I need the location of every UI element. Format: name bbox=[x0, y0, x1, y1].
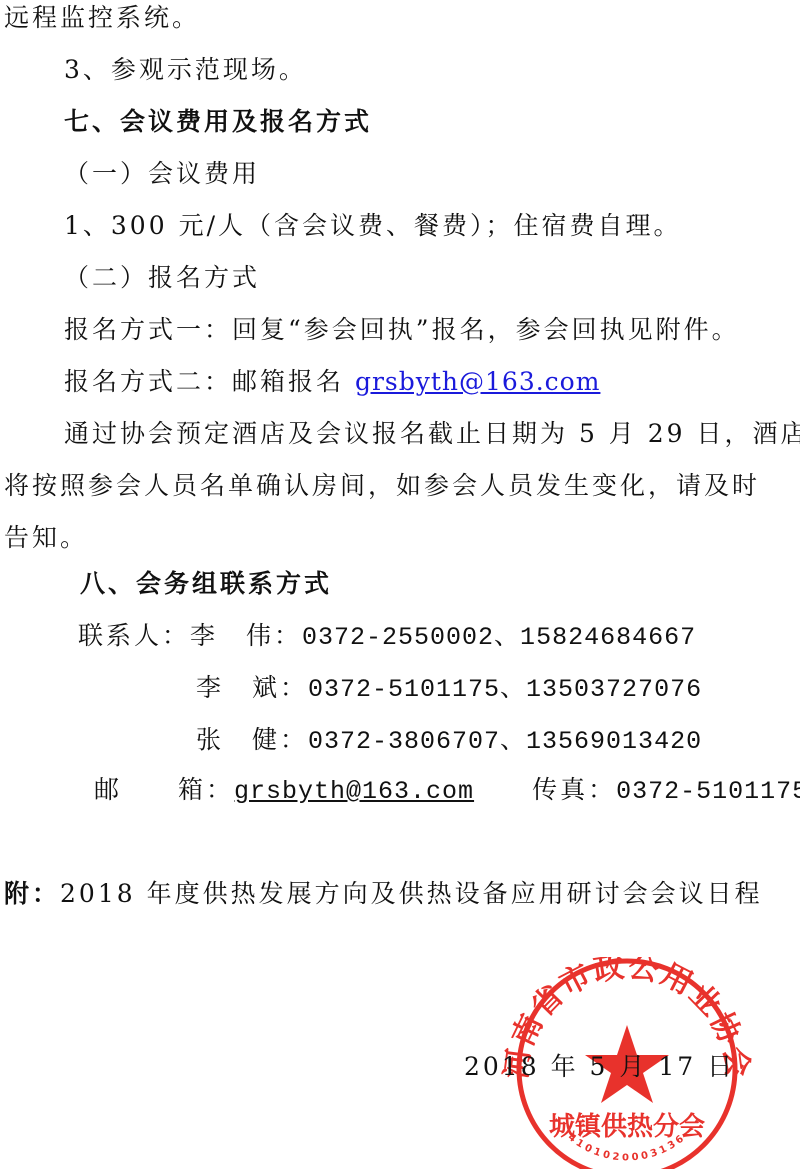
contact-phones: 0372-5101175、13503727076 bbox=[308, 675, 702, 704]
fax-number: 0372-5101175 bbox=[616, 777, 800, 806]
email-fax-row: 邮 箱：grsbyth@163.com传真：0372-5101175 bbox=[94, 774, 800, 808]
subheading-fees: （一）会议费用 bbox=[64, 158, 260, 190]
list-item-visit-site: 3、参观示范现场。 bbox=[64, 54, 307, 86]
document-date: 2018 年 5 月 17 日 bbox=[464, 1047, 735, 1083]
contact-row: 联系人：李 伟：0372-2550002、15824684667 bbox=[78, 620, 696, 654]
body-text-line: 远程监控系统。 bbox=[4, 2, 200, 34]
deadline-text-line-3: 告知。 bbox=[4, 522, 88, 554]
registration-method-1: 报名方式一：回复“参会回执”报名，参会回执见附件。 bbox=[64, 314, 740, 346]
contact-name: 张 健： bbox=[196, 725, 308, 754]
contact-phones: 0372-2550002、15824684667 bbox=[302, 623, 696, 652]
fax-label: 传真： bbox=[532, 775, 616, 804]
contact-email-link[interactable]: grsbyth@163.com bbox=[234, 777, 474, 806]
attachment-line: 附：2018 年度供热发展方向及供热设备应用研讨会会议日程 bbox=[4, 878, 763, 910]
attachment-label: 附： bbox=[4, 879, 60, 908]
subheading-registration: （二）报名方式 bbox=[64, 262, 260, 294]
registration-email-link[interactable]: grsbyth@163.com bbox=[355, 367, 600, 396]
section-heading-fees-registration: 七、会议费用及报名方式 bbox=[64, 106, 372, 138]
contact-row: 张 健：0372-3806707、13569013420 bbox=[196, 724, 702, 758]
section-heading-contact: 八、会务组联系方式 bbox=[80, 568, 332, 600]
contact-name: 李 伟： bbox=[190, 621, 302, 650]
registration-method-2: 报名方式二：邮箱报名 grsbyth@163.com bbox=[64, 366, 600, 398]
email-label: 邮 箱： bbox=[94, 775, 234, 804]
registration-method-2-label: 报名方式二：邮箱报名 bbox=[64, 367, 355, 396]
deadline-text-line-2: 将按照参会人员名单确认房间，如参会人员发生变化，请及时 bbox=[4, 470, 760, 502]
deadline-text-line-1: 通过协会预定酒店及会议报名截止日期为 5 月 29 日，酒店 bbox=[64, 418, 800, 450]
contact-phones: 0372-3806707、13569013420 bbox=[308, 727, 702, 756]
contact-name: 李 斌： bbox=[196, 673, 308, 702]
attachment-title: 2018 年度供热发展方向及供热设备应用研讨会会议日程 bbox=[60, 879, 763, 908]
contact-label: 联系人： bbox=[78, 621, 190, 650]
contact-row: 李 斌：0372-5101175、13503727076 bbox=[196, 672, 702, 706]
fee-item: 1、300 元/人（含会议费、餐费）；住宿费自理。 bbox=[64, 210, 682, 242]
